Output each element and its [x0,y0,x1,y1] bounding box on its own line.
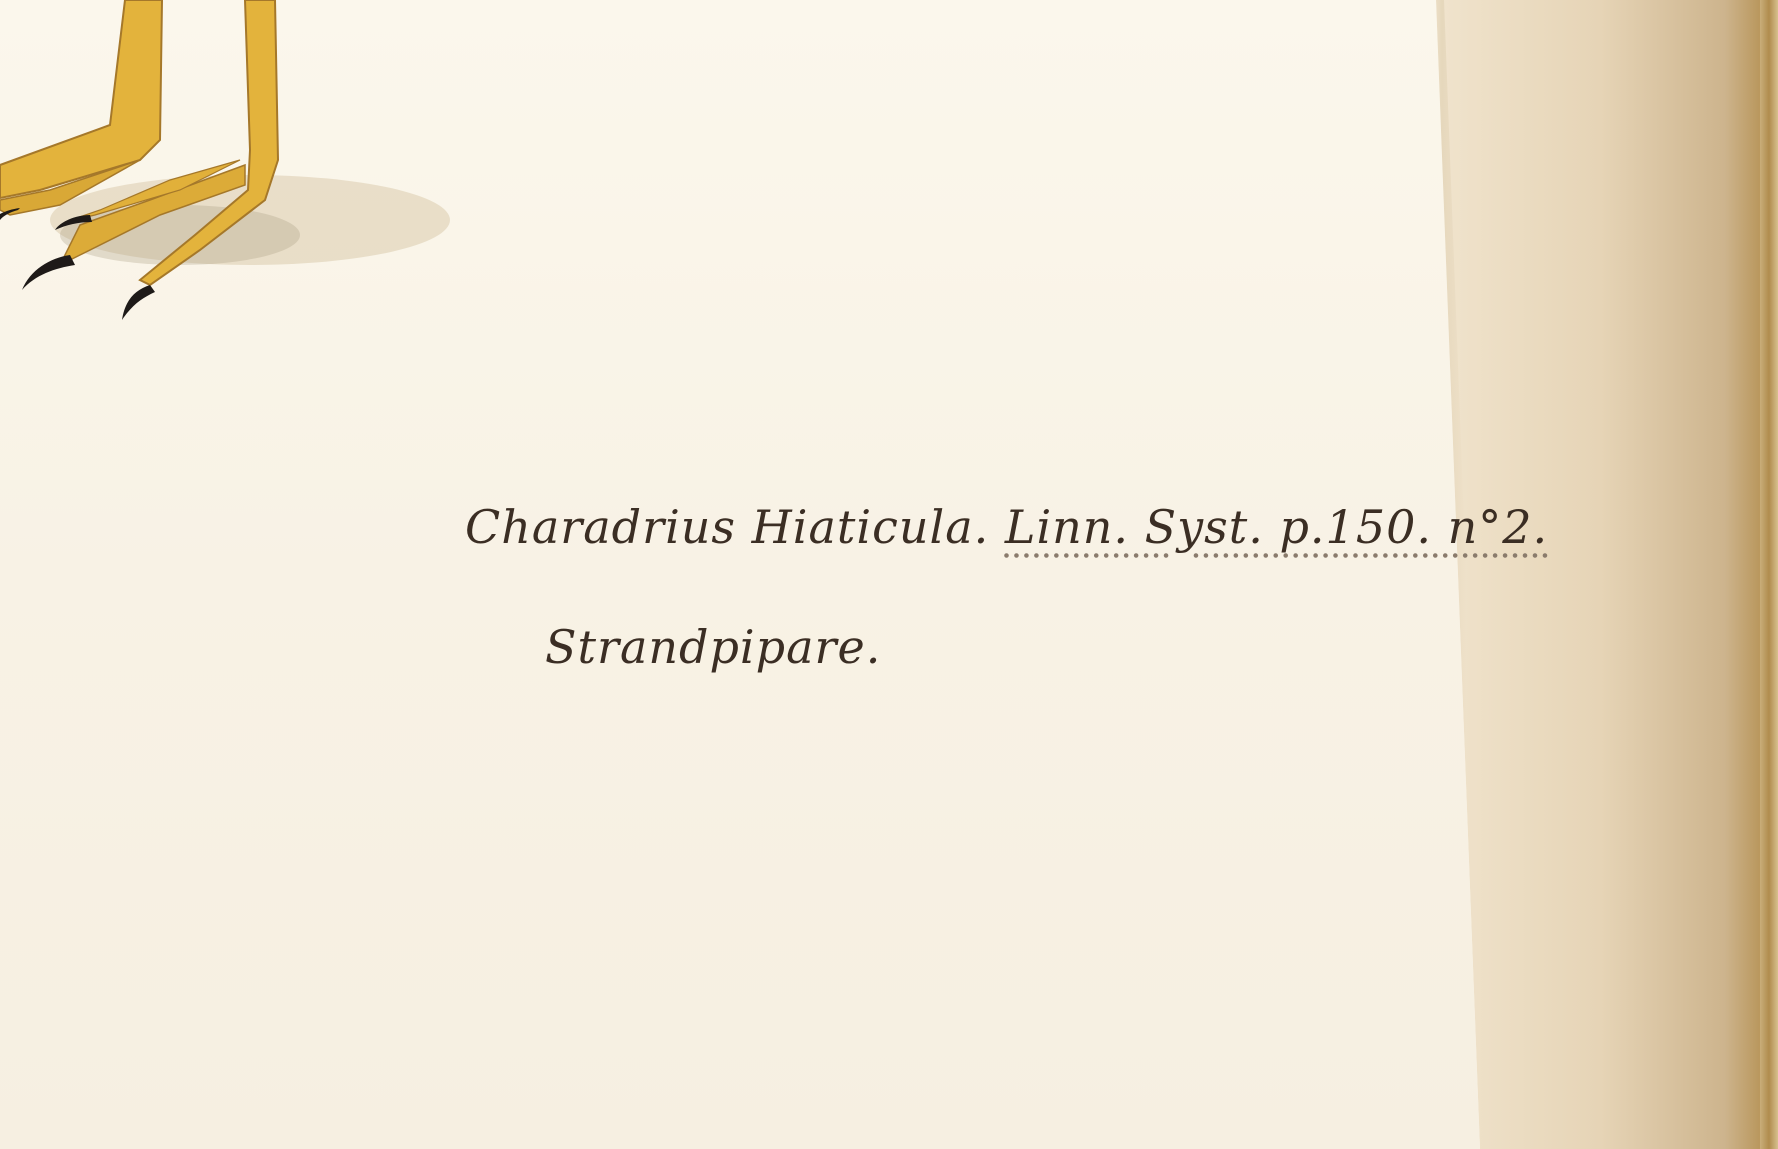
caption-swedish-name: Strandpipare. [545,620,881,674]
caption-scientific-name: Charadrius Hiaticula. Linn. Syst. p.150.… [465,500,1548,554]
gilt-page-edge [1760,0,1778,1149]
species-name: Charadrius Hiaticula. [465,500,989,554]
bird-feet-illustration-icon [0,0,460,340]
linnaeus-reference: Linn. Syst. p.150. n°2. [1005,500,1548,554]
photo-scene: Charadrius Hiaticula. Linn. Syst. p.150.… [0,0,1778,1149]
